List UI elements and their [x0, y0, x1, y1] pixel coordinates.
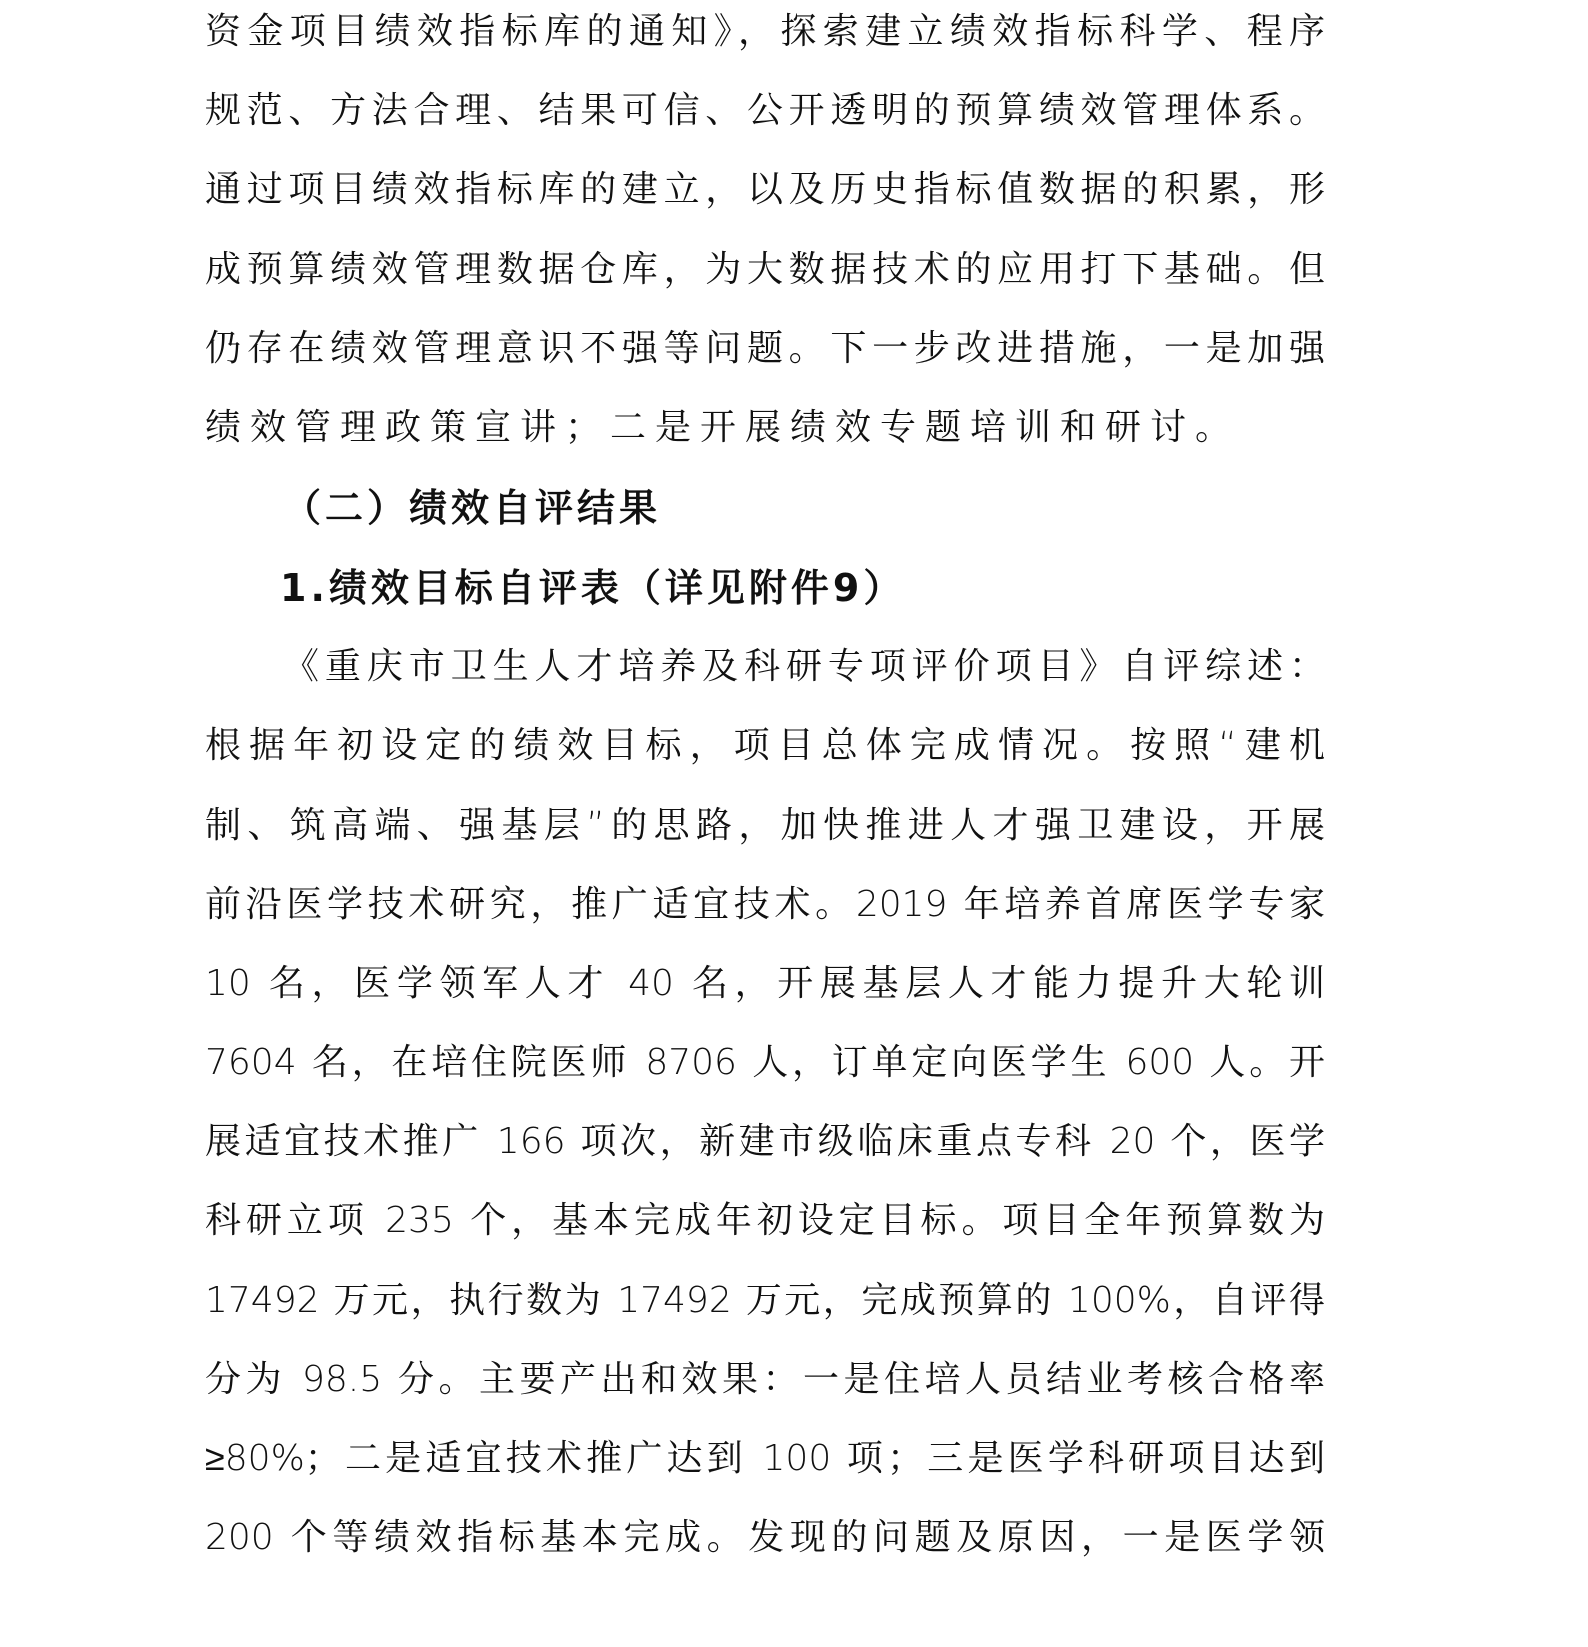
body-text-line: 7604 名，在培住院医师 8706 人，订单定向医学生 600 人。开	[205, 1038, 1325, 1088]
body-text-line: 17492 万元，执行数为 17492 万元，完成预算的 100%，自评得	[205, 1276, 1325, 1326]
body-text-line: 根据年初设定的绩效目标，项目总体完成情况。按照“建机	[205, 721, 1325, 771]
body-text-line: 成预算绩效管理数据仓库，为大数据技术的应用打下基础。但	[205, 245, 1325, 295]
document-page: 资金项目绩效指标库的通知》，探索建立绩效指标科学、程序 规范、方法合理、结果可信…	[0, 0, 1588, 1647]
body-text-line: 绩效管理政策宣讲；二是开展绩效专题培训和研讨。	[205, 403, 1325, 453]
body-text-line: 规范、方法合理、结果可信、公开透明的预算绩效管理体系。	[205, 86, 1325, 136]
body-text-line: 资金项目绩效指标库的通知》，探索建立绩效指标科学、程序	[205, 7, 1325, 57]
body-text-line: 制、筑高端、强基层”的思路，加快推进人才强卫建设，开展	[205, 801, 1325, 851]
body-text-line: 10 名，医学领军人才 40 名，开展基层人才能力提升大轮训	[205, 959, 1325, 1009]
body-text-line: 前沿医学技术研究，推广适宜技术。2019 年培养首席医学专家	[205, 880, 1325, 930]
body-text-line: 科研立项 235 个，基本完成年初设定目标。项目全年预算数为	[205, 1196, 1325, 1246]
section-heading: （二）绩效自评结果	[283, 481, 661, 535]
paragraph-first-line: 《重庆市卫生人才培养及科研专项评价项目》自评综述：	[283, 642, 1325, 692]
subsection-heading: 1.绩效目标自评表（详见附件9）	[280, 561, 905, 615]
body-text-line: 通过项目绩效指标库的建立，以及历史指标值数据的积累，形	[205, 165, 1325, 215]
body-text-line: ≥80%；二是适宜技术推广达到 100 项；三是医学科研项目达到	[205, 1434, 1325, 1484]
body-text-line: 分为 98.5 分。主要产出和效果：一是住培人员结业考核合格率	[205, 1355, 1325, 1405]
body-text-line: 展适宜技术推广 166 项次，新建市级临床重点专科 20 个，医学	[205, 1117, 1325, 1167]
body-text-line: 200 个等绩效指标基本完成。发现的问题及原因，一是医学领	[205, 1513, 1325, 1563]
body-text-line: 仍存在绩效管理意识不强等问题。下一步改进措施，一是加强	[205, 324, 1325, 374]
